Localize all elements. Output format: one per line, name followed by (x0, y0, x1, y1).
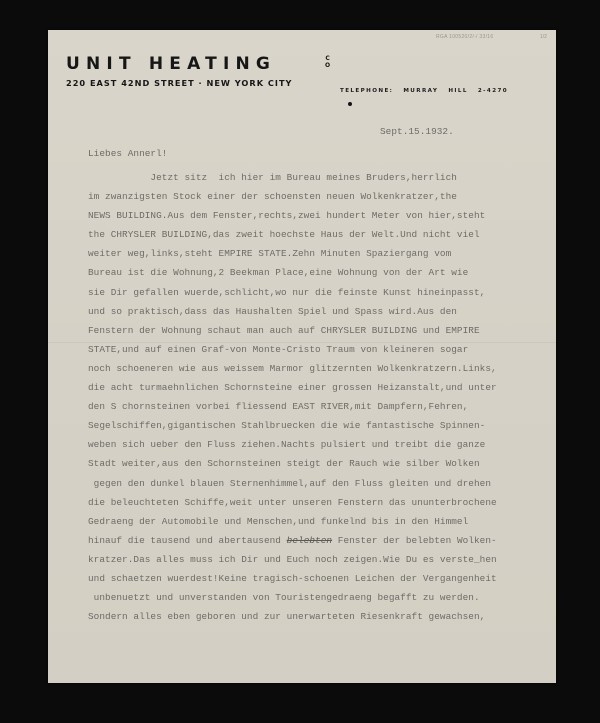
letter-line: STATE,und auf einen Graf-von Monte-Crist… (88, 340, 497, 359)
archive-page-mark: 1/2 (540, 34, 547, 40)
bullet-dot-icon (348, 102, 352, 106)
letter-body: Jetzt sitz ich hier im Bureau meines Bru… (88, 168, 497, 626)
letter-line: hinauf die tausend und abertausend beleb… (88, 531, 497, 550)
letter-line: die acht turmaehnlichen Schornsteine ein… (88, 378, 497, 397)
letter-date: Sept.15.1932. (380, 126, 454, 137)
letter-line: Gedraeng der Automobile und Menschen,und… (88, 512, 497, 531)
letter-line: Stadt weiter,aus den Schornsteinen steig… (88, 454, 497, 473)
letterhead-company-name: UNIT HEATING (66, 54, 276, 74)
letter-line: unbenuetzt und unverstanden von Touriste… (88, 588, 497, 607)
letter-salutation: Liebes Annerl! (88, 148, 167, 159)
letterhead-telephone: TELEPHONE: MURRAY HILL 2-4270 (340, 88, 508, 94)
letter-line: the CHRYSLER BUILDING,das zweit hoechste… (88, 225, 497, 244)
letter-line: NEWS BUILDING.Aus dem Fenster,rechts,zwe… (88, 206, 497, 225)
letterhead-address: 220 EAST 42ND STREET · NEW YORK CITY (66, 78, 292, 88)
letter-line: Bureau ist die Wohnung,2 Beekman Place,e… (88, 263, 497, 282)
co-letter-o: O (325, 62, 330, 69)
letter-line: Sondern alles eben geboren und zur unerw… (88, 607, 497, 626)
letter-line: weben sich ueber den Fluss ziehen.Nachts… (88, 435, 497, 454)
letter-line: die beleuchteten Schiffe,weit unter unse… (88, 493, 497, 512)
letterhead-co-mark: C O (325, 55, 330, 69)
letter-line: noch schoeneren wie aus weissem Marmor g… (88, 359, 497, 378)
letter-line: weiter weg,links,steht EMPIRE STATE.Zehn… (88, 244, 497, 263)
archive-reference: RGA 100520/2/-/ 33/16 (436, 34, 493, 40)
letter-line: Jetzt sitz ich hier im Bureau meines Bru… (88, 168, 497, 187)
line-text: Fenster der belebten Wolken- (332, 535, 497, 546)
co-letter-c: C (325, 55, 329, 62)
letter-line: den S chornsteinen vorbei fliessend EAST… (88, 397, 497, 416)
letter-line: im zwanzigsten Stock einer der schoenste… (88, 187, 497, 206)
letter-line: kratzer.Das alles muss ich Dir und Euch … (88, 550, 497, 569)
letter-line: Fenstern der Wohnung schaut man auch auf… (88, 321, 497, 340)
letter-line: und schaetzen wuerdest!Keine tragisch-sc… (88, 569, 497, 588)
letter-page: RGA 100520/2/-/ 33/16 1/2 UNIT HEATING C… (48, 30, 556, 683)
letter-line: sie Dir gefallen wuerde,schlicht,wo nur … (88, 283, 497, 302)
line-text: hinauf die tausend und abertausend (88, 535, 287, 546)
letter-line: gegen den dunkel blauen Sternenhimmel,au… (88, 474, 497, 493)
struck-out-word: belebten (287, 535, 332, 546)
letter-line: Segelschiffen,gigantischen Stahlbruecken… (88, 416, 497, 435)
letter-line: und so praktisch,dass das Haushalten Spi… (88, 302, 497, 321)
